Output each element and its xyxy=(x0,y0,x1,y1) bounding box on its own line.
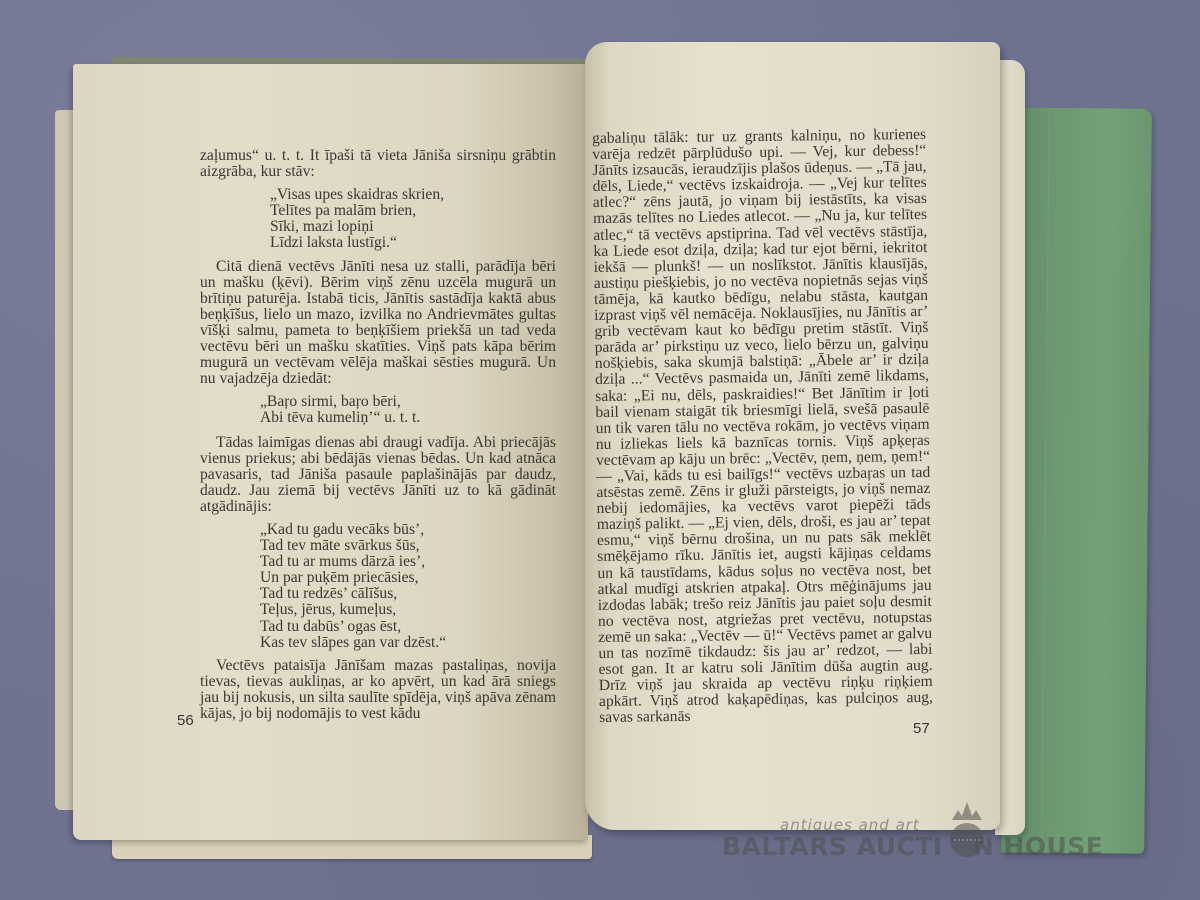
page-number-left: 56 xyxy=(177,712,194,729)
verse-line: Teļus, jērus, kumeļus, xyxy=(260,602,556,618)
verse-line: „Kad tu gadu vecāks būs’, xyxy=(260,522,556,538)
verse-line: „Baŗo sirmi, baŗo bēri, xyxy=(260,394,556,410)
left-page-text: zaļumus“ u. t. t. It īpaši tā vieta Jāni… xyxy=(200,148,556,722)
paragraph: zaļumus“ u. t. t. It īpaši tā vieta Jāni… xyxy=(200,148,556,180)
paragraph: gabaliņu tālāk: tur uz grants kalniņu, n… xyxy=(592,127,933,727)
verse-stanza: „Baŗo sirmi, baŗo bēri, Abi tēva kumeliņ… xyxy=(200,394,556,426)
verse-line: Tad tu ar mums dārzā ies’, xyxy=(260,554,556,570)
verse-line: „Visas upes skaidras skrien, xyxy=(270,187,556,203)
paragraph: Citā dienā vectēvs Jānīti nesa uz stalli… xyxy=(200,259,556,388)
page-number-right: 57 xyxy=(913,720,930,737)
verse-line: Kas tev slāpes gan var dzēst.“ xyxy=(260,635,556,651)
cover-crease xyxy=(1041,108,1050,853)
verse-stanza: „Visas upes skaidras skrien, Telītes pa … xyxy=(200,187,556,251)
verse-line: Līdzi laksta lustīgi.“ xyxy=(270,235,556,251)
paragraph: Vectēvs pataisīja Jānīšam mazas pastaliņ… xyxy=(200,658,556,722)
paragraph: Tādas laimīgas dienas abi draugi vadīja.… xyxy=(200,435,556,515)
verse-line: Tad tu redzēs’ cālīšus, xyxy=(260,586,556,602)
verse-line: Sīki, mazi lopiņi xyxy=(270,219,556,235)
watermark-name-part1: BALTARS AUCTI xyxy=(722,832,943,861)
verse-line: Un par puķēm priecāsies, xyxy=(260,570,556,586)
verse-stanza: „Kad tu gadu vecāks būs’, Tad tev māte s… xyxy=(200,522,556,651)
verse-line: Abi tēva kumeliņ’“ u. t. t. xyxy=(260,410,556,426)
verse-line: Tad tu dabūs’ ogas ēst, xyxy=(260,619,556,635)
verse-line: Telītes pa malām brien, xyxy=(270,203,556,219)
photo-scene: zaļumus“ u. t. t. It īpaši tā vieta Jāni… xyxy=(0,0,1200,900)
right-page-text: gabaliņu tālāk: tur uz grants kalniņu, n… xyxy=(592,127,933,727)
verse-line: Tad tev māte svārkus šūs, xyxy=(260,538,556,554)
